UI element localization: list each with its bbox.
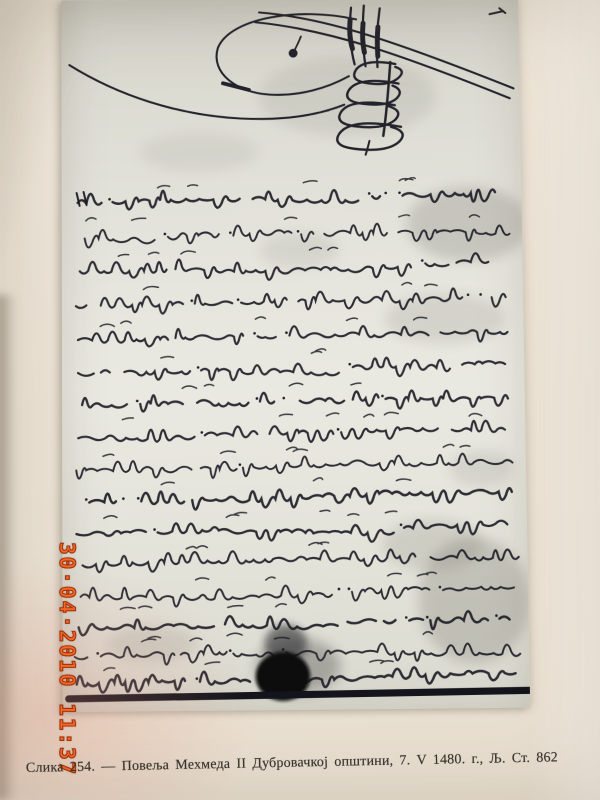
corner-shade — [0, 0, 82, 262]
ink-blot — [255, 624, 341, 701]
right-margin-highlight — [528, 0, 600, 800]
camera-timestamp: 30·04·2010 11:37 — [56, 542, 77, 776]
book-page-photo: 30·04·2010 11:37 Слика 254. — Повеља Мех… — [0, 0, 600, 800]
